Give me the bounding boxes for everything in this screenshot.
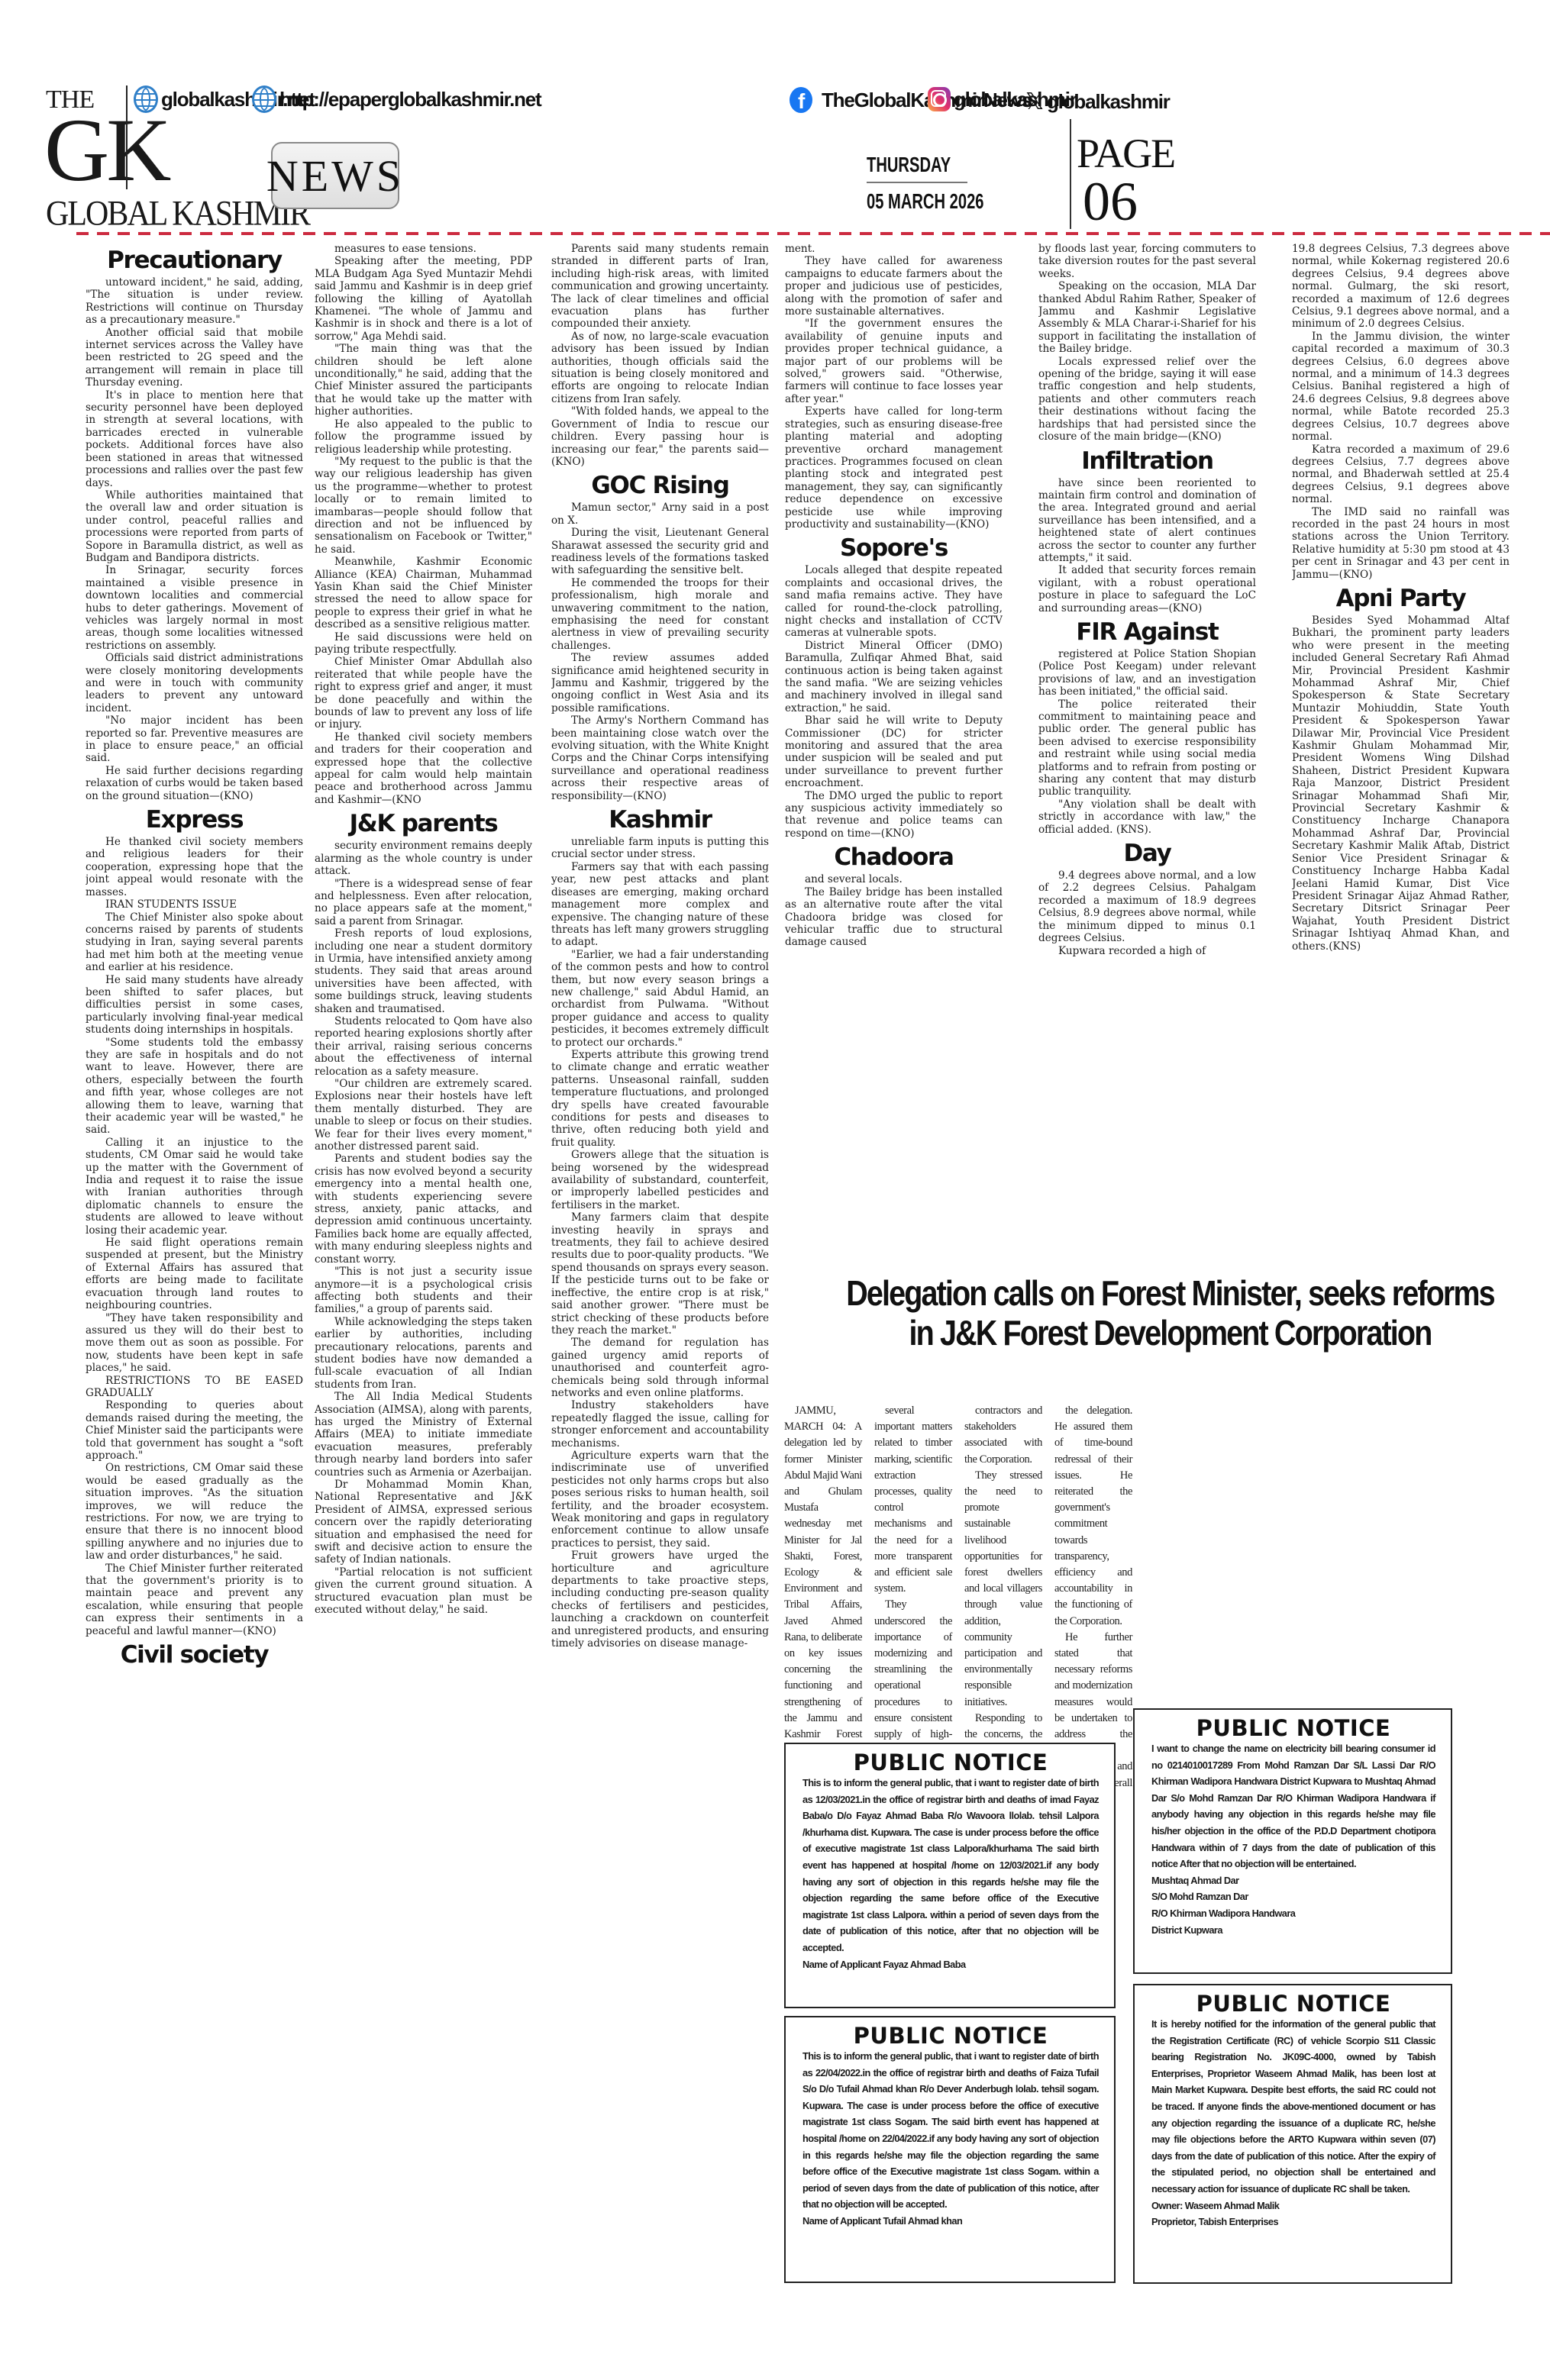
subhead-jk-parents: J&K parents (315, 809, 532, 838)
instagram-icon (928, 87, 951, 111)
paragraph: They stressed the need to promote sustai… (964, 1468, 1042, 1711)
issue-date: 05 MARCH 2026 (867, 189, 984, 214)
paragraph: "This is not just a security issue anymo… (315, 1266, 532, 1316)
globe-icon (252, 85, 276, 113)
subhead-day: Day (1038, 839, 1256, 868)
paragraph: On restrictions, CM Omar said these woul… (86, 1462, 303, 1562)
notice-text: This is to inform the general public, th… (802, 2050, 1099, 2210)
paragraph: measures to ease tensions. (315, 243, 532, 255)
facebook-icon: f (790, 87, 812, 113)
paragraph: District Mineral Officer (DMO) Baramulla… (785, 640, 1003, 714)
paragraph: and several locals. (785, 873, 1003, 885)
notice-text: I want to change the name on electricity… (1151, 1743, 1435, 1869)
paragraph: Officials said district administrations … (86, 652, 303, 714)
subhead-apni-party: Apni Party (1292, 584, 1510, 613)
x-label: globalkashmir (1047, 90, 1170, 114)
paragraph: As of now, no large-scale evacuation adv… (551, 331, 769, 405)
paragraph: 9.4 degrees above normal, and a low of 2… (1038, 869, 1256, 944)
x-link[interactable]: 𝕏 globalkashmir (1025, 89, 1170, 115)
paragraph: registered at Police Station Shopian (Po… (1038, 648, 1256, 698)
paragraph: "There is a widespread sense of fear and… (315, 878, 532, 928)
paragraph: "No major incident has been reported so … (86, 714, 303, 765)
subhead-fir-against: FIR Against (1038, 618, 1256, 647)
notice-text: This is to inform the general public, th… (802, 1777, 1099, 1953)
paragraph: Calling it an injustice to the students,… (86, 1137, 303, 1237)
notice-signature: Name of Applicant Tufail Ahmad khan (802, 2213, 1099, 2230)
column-1: Precautionary untoward incident," he sai… (86, 243, 303, 2304)
paragraph: In the Jammu division, the winter capita… (1292, 331, 1510, 443)
notice-body: This is to inform the general public, th… (802, 1775, 1099, 1972)
paragraph: The All India Medical Students Associati… (315, 1391, 532, 1479)
notice-signature: Mushtaq Ahmad Dar (1151, 1872, 1435, 1889)
paragraph: He said discussions were held on paying … (315, 631, 532, 656)
subhead-express: Express (86, 805, 303, 834)
paragraph: "Any violation shall be dealt with stric… (1038, 798, 1256, 836)
notice-signature: District Kupwara (1151, 1922, 1435, 1939)
paragraph: It's in place to mention here that secur… (86, 389, 303, 489)
paragraph: The IMD said no rainfall was recorded in… (1292, 506, 1510, 581)
weekday: THURSDAY (867, 153, 984, 177)
subhead-goc-rising: GOC Rising (551, 471, 769, 500)
column-5: by floods last year, forcing commuters t… (1038, 243, 1256, 1266)
page-divider (1070, 119, 1071, 229)
column-4: ment. They have called for awareness cam… (785, 243, 1003, 1266)
paragraph: "If the government ensures the availabil… (785, 318, 1003, 405)
paragraph: security environment remains deeply alar… (315, 840, 532, 877)
paragraph: Speaking after the meeting, PDP MLA Budg… (315, 255, 532, 343)
paragraph: Fruit growers have urged the horticultur… (551, 1550, 769, 1650)
notice-title: PUBLIC NOTICE (1151, 1716, 1435, 1740)
notice-title: PUBLIC NOTICE (802, 2024, 1099, 2048)
paragraph: The Army's Northern Command has been mai… (551, 714, 769, 802)
paragraph: Farmers say that with each passing year,… (551, 861, 769, 949)
paragraph: several important matters related to tim… (874, 1403, 952, 1597)
paragraph: have since been reoriented to maintain f… (1038, 477, 1256, 565)
paragraph: "Our children are extremely scared. Expl… (315, 1078, 532, 1153)
paragraph: Besides Syed Mohammad Altaf Bukhari, the… (1292, 614, 1510, 953)
paragraph: The Chief Minister further reiterated th… (86, 1562, 303, 1637)
paragraph: He said flight operations remain suspend… (86, 1237, 303, 1311)
logo-gk: GK (44, 108, 168, 192)
paragraph: Dr Mohammad Momin Khan, National Represe… (315, 1479, 532, 1566)
paragraph: While acknowledging the steps taken earl… (315, 1316, 532, 1391)
section-label: NEWS (266, 150, 404, 202)
notice-signature: Proprietor, Tabish Enterprises (1151, 2214, 1435, 2230)
subhead-chadoora: Chadoora (785, 843, 1003, 872)
subhead-sopores: Sopore's (785, 534, 1003, 563)
paragraph: "Some students told the embassy they are… (86, 1037, 303, 1137)
notice-signature: Name of Applicant Fayaz Ahmad Baba (802, 1956, 1099, 1973)
paragraph: Kupwara recorded a high of (1038, 945, 1256, 957)
paragraph: Meanwhile, Kashmir Economic Alliance (KE… (315, 556, 532, 630)
paragraph: Growers allege that the situation is bei… (551, 1149, 769, 1211)
paragraph: Locals alleged that despite repeated com… (785, 564, 1003, 639)
paragraph: Students relocated to Qom have also repo… (315, 1015, 532, 1078)
paragraph: The demand for regulation has gained urg… (551, 1337, 769, 1399)
subhead-infiltration: Infiltration (1038, 447, 1256, 476)
column-6: 19.8 degrees Celsius, 7.3 degrees above … (1292, 243, 1510, 1266)
notice-body: I want to change the name on electricity… (1151, 1740, 1435, 1938)
page-label: PAGE (1077, 130, 1174, 177)
dashed-divider (76, 232, 1550, 235)
subhead-civil-society: Civil society (86, 1640, 303, 1669)
paragraph: Mamun sector," Arny said in a post on X. (551, 501, 769, 527)
paragraph: He thanked civil society members and tra… (315, 731, 532, 806)
paragraph: 19.8 degrees Celsius, 7.3 degrees above … (1292, 243, 1510, 331)
public-notice-2: PUBLIC NOTICE This is to inform the gene… (784, 2016, 1116, 2283)
date-block: THURSDAY 05 MARCH 2026 (867, 153, 1029, 214)
paragraph: untoward incident," he said, adding, "Th… (86, 276, 303, 327)
notice-body: It is hereby notified for the informatio… (1151, 2016, 1435, 2230)
page-number: 06 (1083, 174, 1138, 229)
notice-title: PUBLIC NOTICE (1151, 1991, 1435, 2016)
public-notice-4: PUBLIC NOTICE It is hereby notified for … (1133, 1984, 1452, 2284)
notice-text: It is hereby notified for the informatio… (1151, 2018, 1435, 2195)
public-notice-3: PUBLIC NOTICE I want to change the name … (1133, 1708, 1452, 1974)
paragraph: Another official said that mobile intern… (86, 327, 303, 389)
paragraph: Speaking on the occasion, MLA Dar thanke… (1038, 280, 1256, 355)
subhead-kashmir: Kashmir (551, 805, 769, 834)
paragraph: Many farmers claim that despite investin… (551, 1211, 769, 1337)
date-divider (867, 182, 967, 183)
paragraph: Industry stakeholders have repeatedly fl… (551, 1399, 769, 1450)
paragraph: "The main thing was that the children sh… (315, 343, 532, 418)
paragraph: Parents said many students remain strand… (551, 243, 769, 331)
paragraph: Experts have called for long-term strate… (785, 405, 1003, 531)
section-label-box: NEWS (271, 142, 399, 209)
paragraph: He also appealed to the public to follow… (315, 418, 532, 456)
paragraph: "They have taken responsibility and assu… (86, 1312, 303, 1375)
section-caps: RESTRICTIONS TO BE EASED GRADUALLY (86, 1375, 303, 1400)
paragraph: Katra recorded a maximum of 29.6 degrees… (1292, 443, 1510, 506)
section-caps: IRAN STUDENTS ISSUE (86, 898, 303, 911)
paragraph: Bhar said he will write to Deputy Commis… (785, 714, 1003, 789)
paragraph: The review assumes added significance am… (551, 652, 769, 714)
paragraph: "My request to the public is that the wa… (315, 456, 532, 556)
paragraph: Experts attribute this growing trend to … (551, 1049, 769, 1149)
column-2: measures to ease tensions. Speaking afte… (315, 243, 532, 2304)
notice-body: This is to inform the general public, th… (802, 2048, 1099, 2230)
paragraph: It added that security forces remain vig… (1038, 564, 1256, 614)
paragraph: Responding to queries about demands rais… (86, 1399, 303, 1462)
paragraph: The DMO urged the public to report any s… (785, 790, 1003, 840)
notice-signature: Owner: Waseem Ahmad Malik (1151, 2198, 1435, 2214)
paragraph: He commended the troops for their profes… (551, 577, 769, 652)
globe-icon (134, 85, 158, 113)
lead-headline: Delegation calls on Forest Minister, see… (844, 1273, 1497, 1353)
notice-title: PUBLIC NOTICE (802, 1750, 1099, 1775)
paragraph: They have called for awareness campaigns… (785, 255, 1003, 318)
paragraph: The police reiterated their commitment t… (1038, 698, 1256, 798)
paragraph: the delegation. He assured them of time-… (1054, 1403, 1132, 1630)
paragraph: "Partial relocation is not sufficient gi… (315, 1566, 532, 1617)
paragraph: Locals expressed relief over the opening… (1038, 356, 1256, 443)
paragraph: He said many students have already been … (86, 974, 303, 1037)
public-notice-1: PUBLIC NOTICE This is to inform the gene… (784, 1743, 1116, 2008)
notice-signature: R/O Khirman Wadipora Handwara (1151, 1905, 1435, 1922)
epaper-label: http://epaperglobalkashmir.net (279, 88, 541, 111)
paragraph: Chief Minister Omar Abdullah also reiter… (315, 656, 532, 730)
subhead-precautionary: Precautionary (86, 246, 303, 275)
notice-signature: S/O Mohd Ramzan Dar (1151, 1888, 1435, 1905)
paragraph: by floods last year, forcing commuters t… (1038, 243, 1256, 280)
logo-divider (126, 85, 128, 189)
paragraph: The Bailey bridge has been installed as … (785, 886, 1003, 949)
paragraph: unreliable farm inputs is putting this c… (551, 836, 769, 861)
epaper-link[interactable]: http://epaperglobalkashmir.net (252, 85, 541, 113)
x-icon: 𝕏 (1025, 89, 1044, 115)
paragraph: During the visit, Lieutenant General Sha… (551, 527, 769, 577)
paragraph: He thanked civil society members and rel… (86, 836, 303, 898)
paragraph: In Srinagar, security forces maintained … (86, 564, 303, 652)
paragraph: "Earlier, we had a fair understanding of… (551, 949, 769, 1049)
paragraph: contractors and stakeholders associated … (964, 1403, 1042, 1468)
paragraph: "With folded hands, we appeal to the Gov… (551, 405, 769, 468)
paragraph: The Chief Minister also spoke about conc… (86, 911, 303, 974)
paragraph: Parents and student bodies say the crisi… (315, 1153, 532, 1266)
paragraph: Fresh reports of loud explosions, includ… (315, 927, 532, 1015)
paragraph: ment. (785, 243, 1003, 255)
paragraph: While authorities maintained that the ov… (86, 489, 303, 564)
masthead: THE GK GLOBAL KASHMIR globalkashmir.net … (0, 0, 1550, 229)
column-3: Parents said many students remain strand… (551, 243, 769, 2304)
paragraph: He said further decisions regarding rela… (86, 765, 303, 802)
paragraph: Agriculture experts warn that the indisc… (551, 1450, 769, 1550)
